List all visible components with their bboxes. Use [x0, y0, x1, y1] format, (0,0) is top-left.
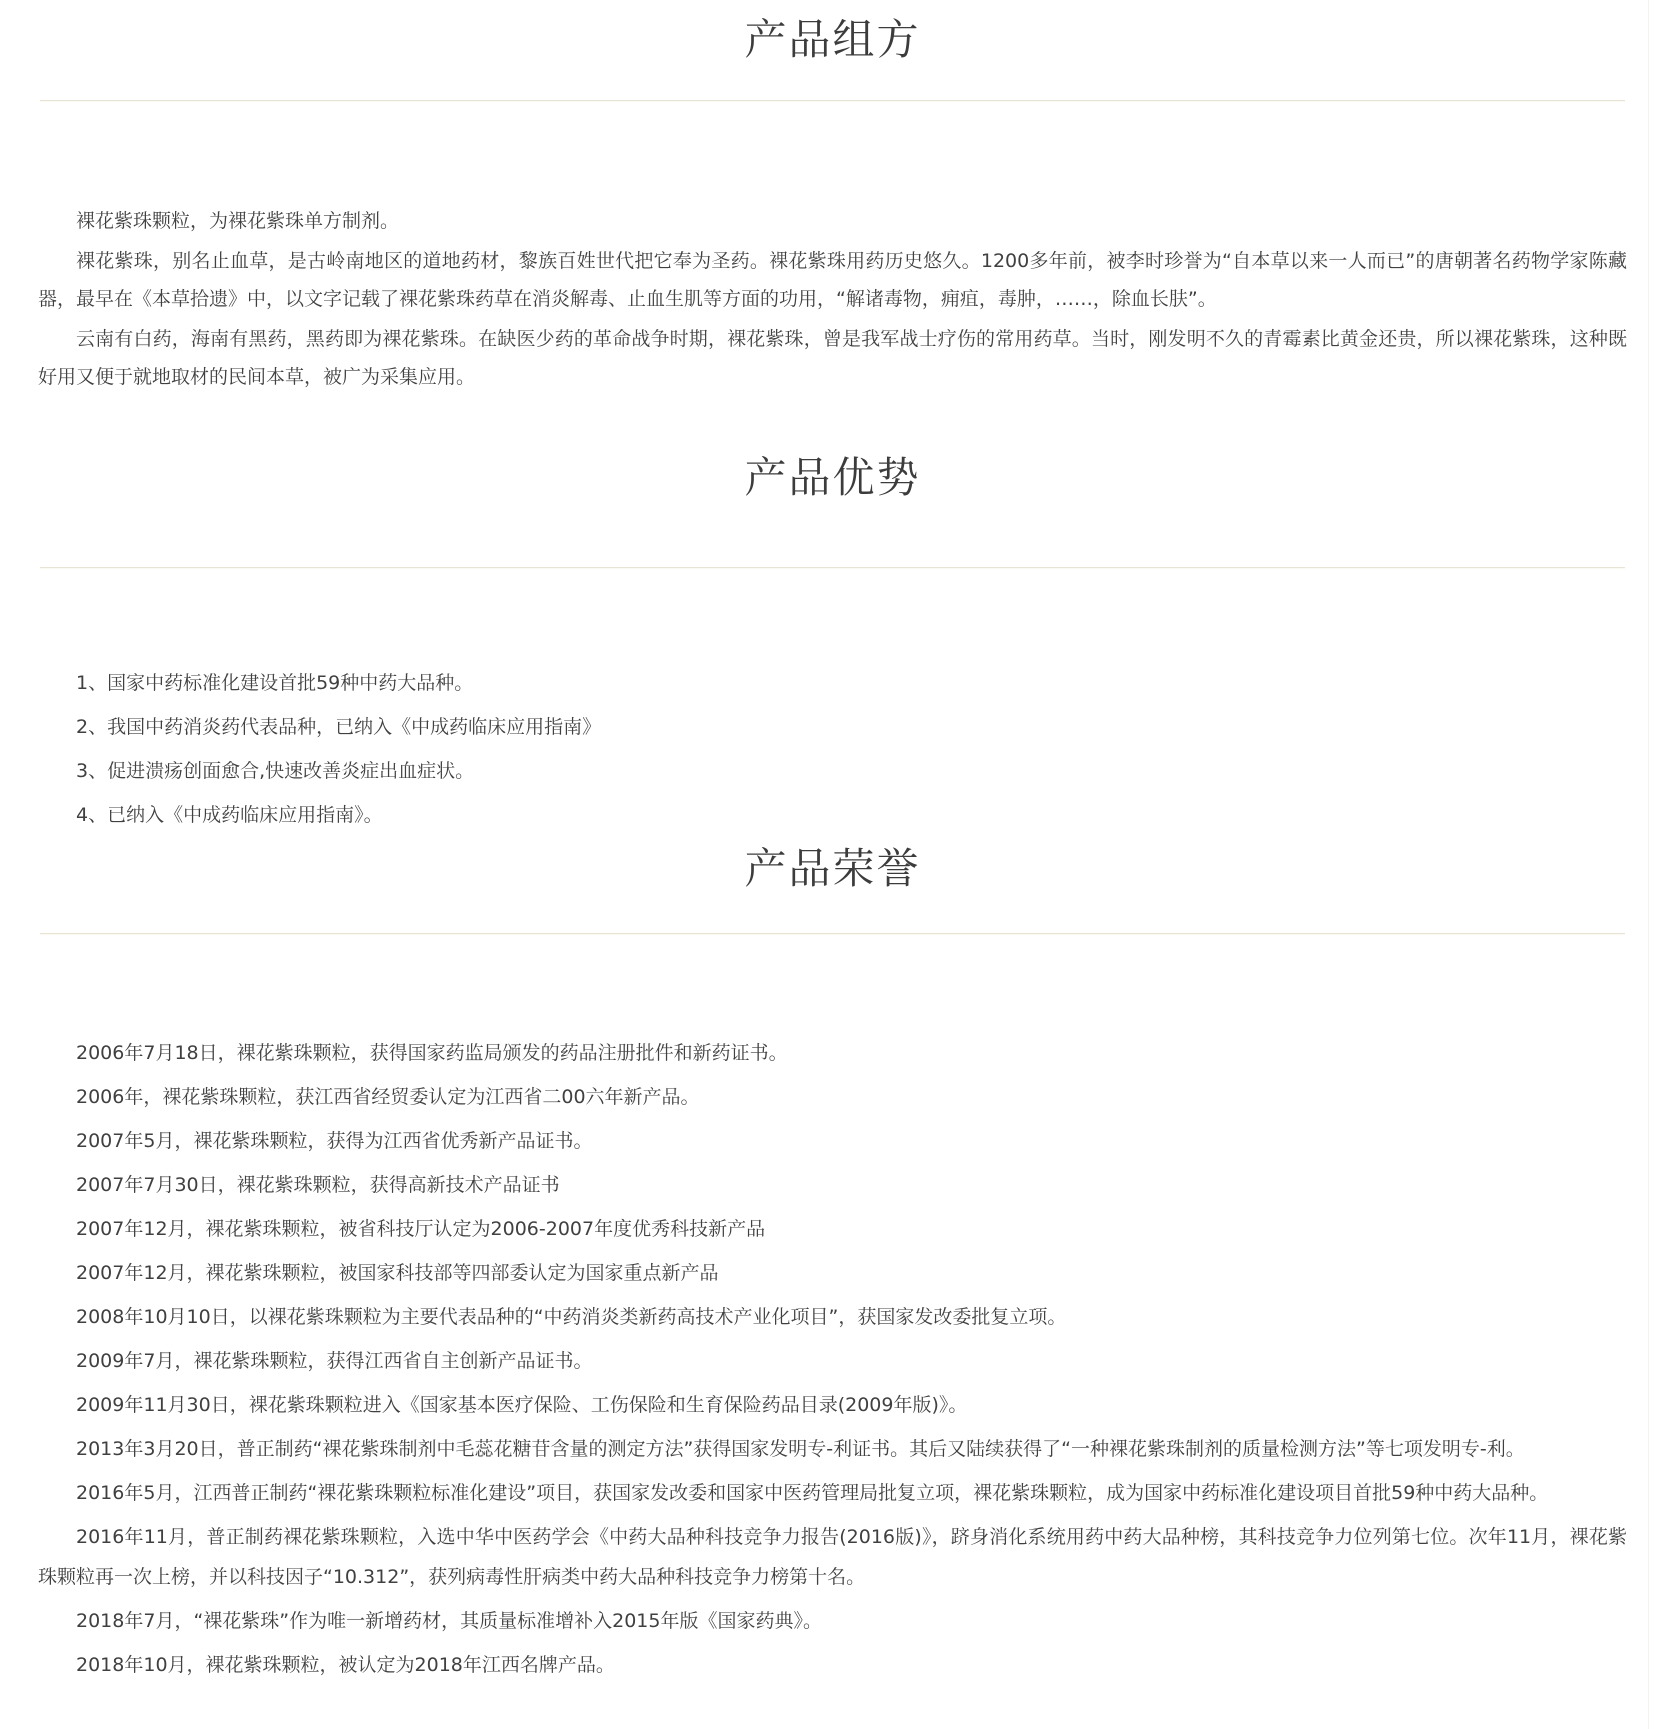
honor-item-7: 2008年10月10日，以裸花紫珠颗粒为主要代表品种的“中药消炎类新药高技术产业…	[38, 1297, 1627, 1337]
divider	[40, 100, 1625, 102]
product-page: { "page": { "background_color": "#ffffff…	[0, 0, 1665, 1729]
honor-item-12: 2016年11月，普正制药裸花紫珠颗粒，入选中华中医药学会《中药大品种科技竞争力…	[38, 1517, 1627, 1597]
honor-item-11: 2016年5月，江西普正制药“裸花紫珠颗粒标准化建设”项目，获国家发改委和国家中…	[38, 1473, 1627, 1513]
section-honors: 产品荣誉 2006年7月18日，裸花紫珠颗粒，获得国家药监局颁发的药品注册批件和…	[0, 845, 1665, 1729]
section-title-honors: 产品荣誉	[0, 845, 1665, 893]
advantage-item-4: 4、已纳入《中成药临床应用指南》。	[38, 793, 1627, 837]
advantages-list: 1、国家中药标准化建设首批59种中药大品种。 2、我国中药消炎药代表品种，已纳入…	[38, 661, 1627, 837]
advantage-item-2: 2、我国中药消炎药代表品种，已纳入《中成药临床应用指南》	[38, 705, 1627, 749]
honor-item-2: 2006年，裸花紫珠颗粒，获江西省经贸委认定为江西省二00六年新产品。	[38, 1077, 1627, 1117]
honor-item-10: 2013年3月20日，普正制药“裸花紫珠制剂中毛蕊花糖苷含量的测定方法”获得国家…	[38, 1429, 1627, 1469]
honor-item-1: 2006年7月18日，裸花紫珠颗粒，获得国家药监局颁发的药品注册批件和新药证书。	[38, 1033, 1627, 1073]
honor-item-14: 2018年10月，裸花紫珠颗粒，被认定为2018年江西名牌产品。	[38, 1645, 1627, 1685]
honor-item-13: 2018年7月，“裸花紫珠”作为唯一新增药材，其质量标准增补入2015年版《国家…	[38, 1601, 1627, 1641]
advantage-item-3: 3、促进溃疡创面愈合,快速改善炎症出血症状。	[38, 749, 1627, 793]
advantage-item-1: 1、国家中药标准化建设首批59种中药大品种。	[38, 661, 1627, 705]
honor-item-3: 2007年5月，裸花紫珠颗粒，获得为江西省优秀新产品证书。	[38, 1121, 1627, 1161]
divider	[40, 567, 1625, 569]
honor-item-6: 2007年12月，裸花紫珠颗粒，被国家科技部等四部委认定为国家重点新产品	[38, 1253, 1627, 1293]
formula-paragraph-1: 裸花紫珠颗粒，为裸花紫珠单方制剂。	[38, 202, 1627, 240]
formula-paragraphs: 裸花紫珠颗粒，为裸花紫珠单方制剂。 裸花紫珠，别名止血草，是古岭南地区的道地药材…	[38, 202, 1627, 396]
honor-item-5: 2007年12月，裸花紫珠颗粒，被省科技厅认定为2006-2007年度优秀科技新…	[38, 1209, 1627, 1249]
page-content: 产品组方 裸花紫珠颗粒，为裸花紫珠单方制剂。 裸花紫珠，别名止血草，是古岭南地区…	[0, 0, 1665, 1729]
section-title-formula: 产品组方	[0, 16, 1665, 64]
honor-item-9: 2009年11月30日，裸花紫珠颗粒进入《国家基本医疗保险、工伤保险和生育保险药…	[38, 1385, 1627, 1425]
honor-item-8: 2009年7月，裸花紫珠颗粒，获得江西省自主创新产品证书。	[38, 1341, 1627, 1381]
divider	[40, 933, 1625, 935]
honors-list: 2006年7月18日，裸花紫珠颗粒，获得国家药监局颁发的药品注册批件和新药证书。…	[38, 1033, 1627, 1729]
section-formula: 产品组方 裸花紫珠颗粒，为裸花紫珠单方制剂。 裸花紫珠，别名止血草，是古岭南地区…	[0, 16, 1665, 396]
formula-paragraph-3: 云南有白药，海南有黑药，黑药即为裸花紫珠。在缺医少药的革命战争时期，裸花紫珠，曾…	[38, 320, 1627, 396]
honor-item-4: 2007年7月30日，裸花紫珠颗粒，获得高新技术产品证书	[38, 1165, 1627, 1205]
formula-paragraph-2: 裸花紫珠，别名止血草，是古岭南地区的道地药材，黎族百姓世代把它奉为圣药。裸花紫珠…	[38, 242, 1627, 318]
section-advantages: 产品优势 1、国家中药标准化建设首批59种中药大品种。 2、我国中药消炎药代表品…	[0, 454, 1665, 836]
section-title-advantages: 产品优势	[0, 454, 1665, 502]
right-edge-line	[1648, 0, 1649, 1729]
